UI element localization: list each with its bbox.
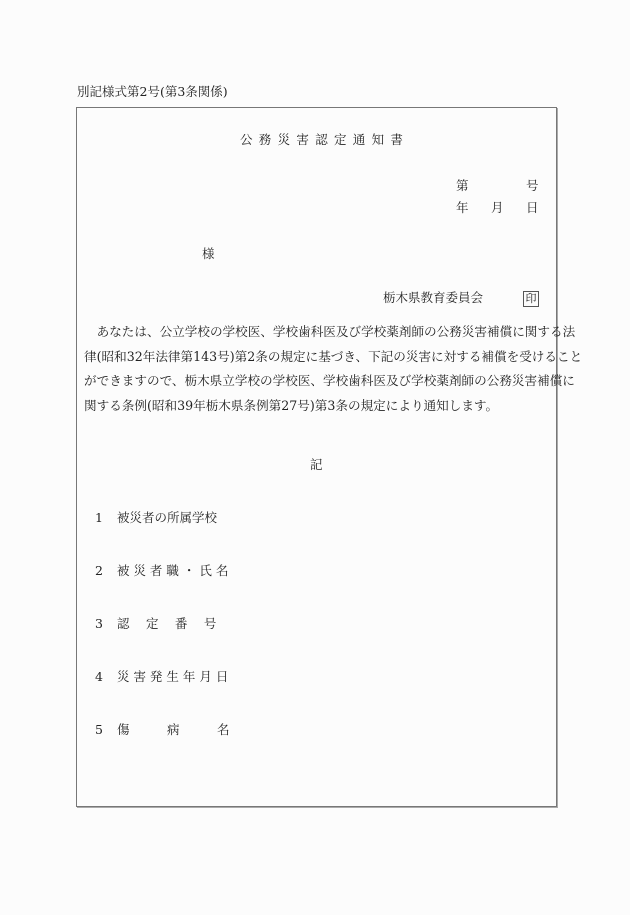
item-label: 傷 病 名 [117,722,230,737]
item-label: 認 定 番 号 [117,616,216,631]
body-line: 律(昭和32年法律第143号)第2条の規定に基づき、下記の災害に対する補償を受け… [84,345,546,370]
form-caption: 別記様式第2号(第3条関係) [77,82,228,100]
seal-icon: 印 [523,291,539,307]
item-number: 4 [95,669,113,684]
ki-heading: 記 [310,455,323,473]
list-item: 1 被災者の所属学校 [95,508,217,526]
body-line: あなたは、公立学校の学校医、学校歯科医及び学校薬剤師の公務災害補償に関する法 [84,320,546,345]
body-line: 関する条例(昭和39年栃木県条例第27号)第3条の規定により通知します。 [84,394,546,419]
list-item: 2 被 災 者 職 ・ 氏 名 [95,561,228,579]
list-item: 4 災 害 発 生 年 月 日 [95,667,228,685]
body-line: ができますので、栃木県立学校の学校医、学校歯科医及び学校薬剤師の公務災害補償に [84,369,546,394]
issuer-name: 栃木県教育委員会 [383,288,483,306]
date-year: 年 [456,198,469,216]
item-number: 1 [95,510,113,525]
item-label: 災 害 発 生 年 月 日 [117,669,228,684]
list-item: 5 傷 病 名 [95,720,230,738]
list-item: 3 認 定 番 号 [95,614,216,632]
document-title: 公務災害認定通知書 [240,130,409,148]
item-number: 3 [95,616,113,631]
notice-body: あなたは、公立学校の学校医、学校歯科医及び学校薬剤師の公務災害補償に関する法 律… [84,320,546,418]
item-number: 2 [95,563,113,578]
date-day: 日 [526,198,539,216]
number-prefix: 第 [456,176,469,194]
addressee-suffix: 様 [202,244,215,262]
date-month: 月 [491,198,504,216]
item-number: 5 [95,722,113,737]
item-label: 被 災 者 職 ・ 氏 名 [117,563,228,578]
number-suffix: 号 [526,176,539,194]
item-label: 被災者の所属学校 [117,510,217,525]
